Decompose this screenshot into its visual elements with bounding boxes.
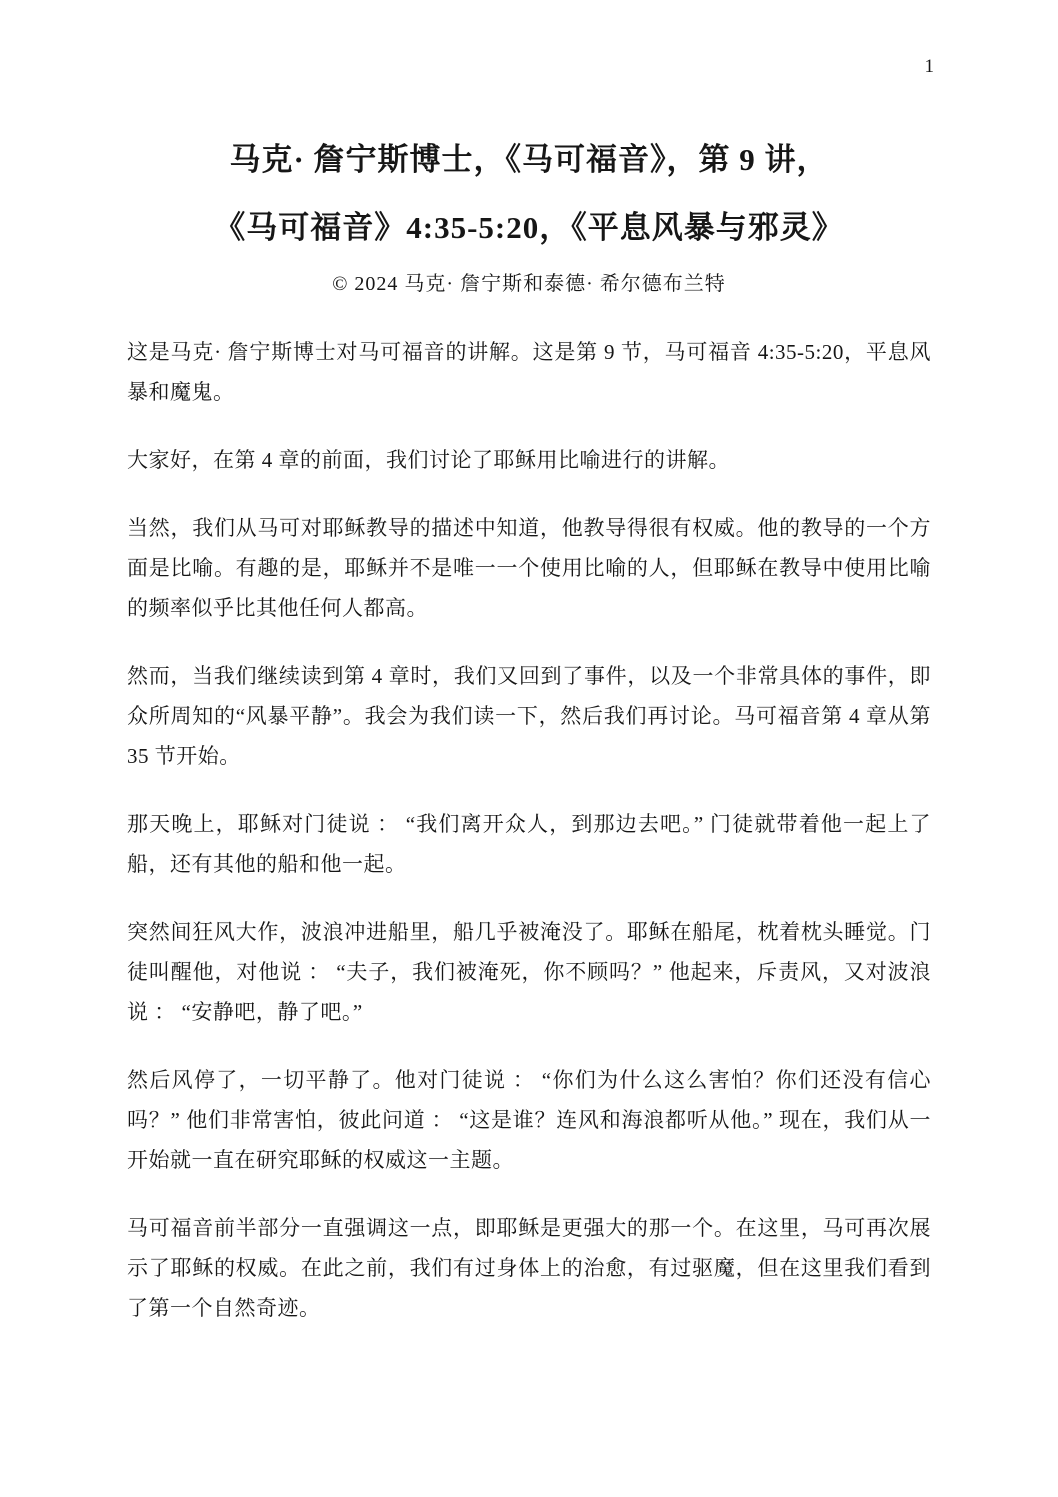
page-number: 1 (925, 54, 935, 80)
document-page: 1 马克· 詹宁斯博士，《马可福音》，第 9 讲，《马可福音》4:35-5:20… (0, 0, 1058, 1497)
document-header: 马克· 詹宁斯博士，《马可福音》，第 9 讲，《马可福音》4:35-5:20，《… (0, 0, 1058, 298)
copyright-line: © 2024 马克· 詹宁斯和泰德· 希尔德布兰特 (0, 270, 1058, 298)
paragraph: 这是马克· 詹宁斯博士对马可福音的讲解。这是第 9 节，马可福音 4:35-5:… (127, 332, 931, 412)
paragraph: 然后风停了，一切平静了。他对门徒说 ： “你们为什么这么害怕？你们还没有信心吗？… (127, 1060, 931, 1180)
document-title-line-1: 马克· 詹宁斯博士，《马可福音》，第 9 讲， (229, 142, 828, 177)
document-body: 这是马克· 詹宁斯博士对马可福音的讲解。这是第 9 节，马可福音 4:35-5:… (127, 332, 931, 1328)
paragraph: 那天晚上，耶稣对门徒说 ： “我们离开众人，到那边去吧。” 门徒就带着他一起上了… (127, 804, 931, 884)
paragraph: 大家好，在第 4 章的前面，我们讨论了耶稣用比喻进行的讲解。 (127, 440, 931, 480)
paragraph: 突然间狂风大作，波浪冲进船里，船几乎被淹没了。耶稣在船尾，枕着枕头睡觉。门徒叫醒… (127, 912, 931, 1032)
document-title-line-2: 《马可福音》4:35-5:20，《平息风暴与邪灵》 (214, 210, 843, 245)
paragraph: 当然，我们从马可对耶稣教导的描述中知道，他教导得很有权威。他的教导的一个方面是比… (127, 508, 931, 628)
document-title: 马克· 詹宁斯博士，《马可福音》，第 9 讲，《马可福音》4:35-5:20，《… (90, 126, 968, 262)
paragraph: 然而，当我们继续读到第 4 章时，我们又回到了事件，以及一个非常具体的事件，即众… (127, 656, 931, 776)
paragraph: 马可福音前半部分一直强调这一点，即耶稣是更强大的那一个。在这里，马可再次展示了耶… (127, 1208, 931, 1328)
